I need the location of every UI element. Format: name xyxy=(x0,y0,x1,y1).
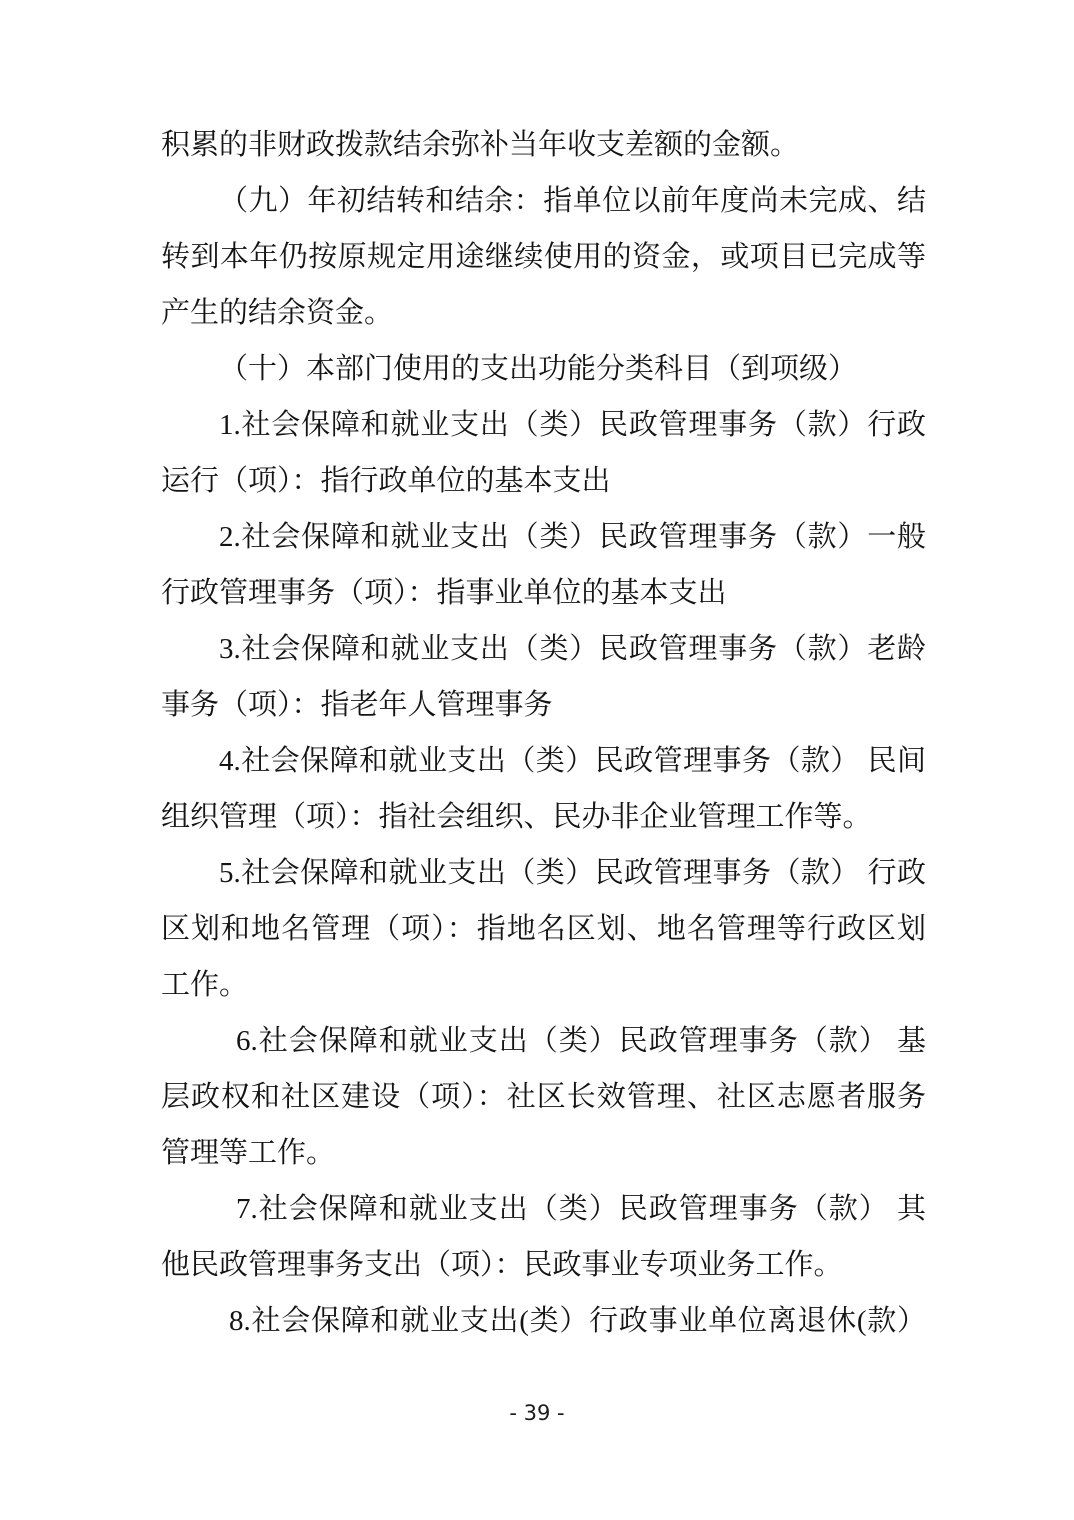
text-line: （十）本部门使用的支出功能分类科目（到项级） xyxy=(161,341,926,397)
text-line: 管理等工作。 xyxy=(161,1125,926,1181)
text-line: 他民政管理事务支出（项）：民政事业专项业务工作。 xyxy=(161,1237,926,1293)
text-line: 7.社会保障和就业支出（类）民政管理事务（款） 其 xyxy=(161,1181,926,1237)
text-line: 产生的结余资金。 xyxy=(161,285,926,341)
document-body: 积累的非财政拨款结余弥补当年收支差额的金额。 （九）年初结转和结余：指单位以前年… xyxy=(161,117,926,1349)
text-line: 6.社会保障和就业支出（类）民政管理事务（款） 基 xyxy=(161,1013,926,1069)
document-page: 积累的非财政拨款结余弥补当年收支差额的金额。 （九）年初结转和结余：指单位以前年… xyxy=(0,0,1074,1520)
text-line: 8.社会保障和就业支出(类）行政事业单位离退休(款） xyxy=(161,1293,926,1349)
text-line: 4.社会保障和就业支出（类）民政管理事务（款） 民间 xyxy=(161,733,926,789)
text-line: 1.社会保障和就业支出（类）民政管理事务（款）行政 xyxy=(161,397,926,453)
text-line: 行政管理事务（项）：指事业单位的基本支出 xyxy=(161,565,926,621)
text-line: 层政权和社区建设（项）：社区长效管理、社区志愿者服务 xyxy=(161,1069,926,1125)
text-line: 转到本年仍按原规定用途继续使用的资金，或项目已完成等 xyxy=(161,229,926,285)
text-line: （九）年初结转和结余：指单位以前年度尚未完成、结 xyxy=(161,173,926,229)
text-line: 运行（项）：指行政单位的基本支出 xyxy=(161,453,926,509)
page-number: - 39 - xyxy=(0,1401,1074,1425)
text-line: 区划和地名管理（项）：指地名区划、地名管理等行政区划 xyxy=(161,901,926,957)
text-line: 组织管理（项）：指社会组织、民办非企业管理工作等。 xyxy=(161,789,926,845)
text-line: 工作。 xyxy=(161,957,926,1013)
text-line: 积累的非财政拨款结余弥补当年收支差额的金额。 xyxy=(161,117,926,173)
text-line: 3.社会保障和就业支出（类）民政管理事务（款）老龄 xyxy=(161,621,926,677)
text-line: 2.社会保障和就业支出（类）民政管理事务（款）一般 xyxy=(161,509,926,565)
text-line: 5.社会保障和就业支出（类）民政管理事务（款） 行政 xyxy=(161,845,926,901)
text-line: 事务（项）：指老年人管理事务 xyxy=(161,677,926,733)
